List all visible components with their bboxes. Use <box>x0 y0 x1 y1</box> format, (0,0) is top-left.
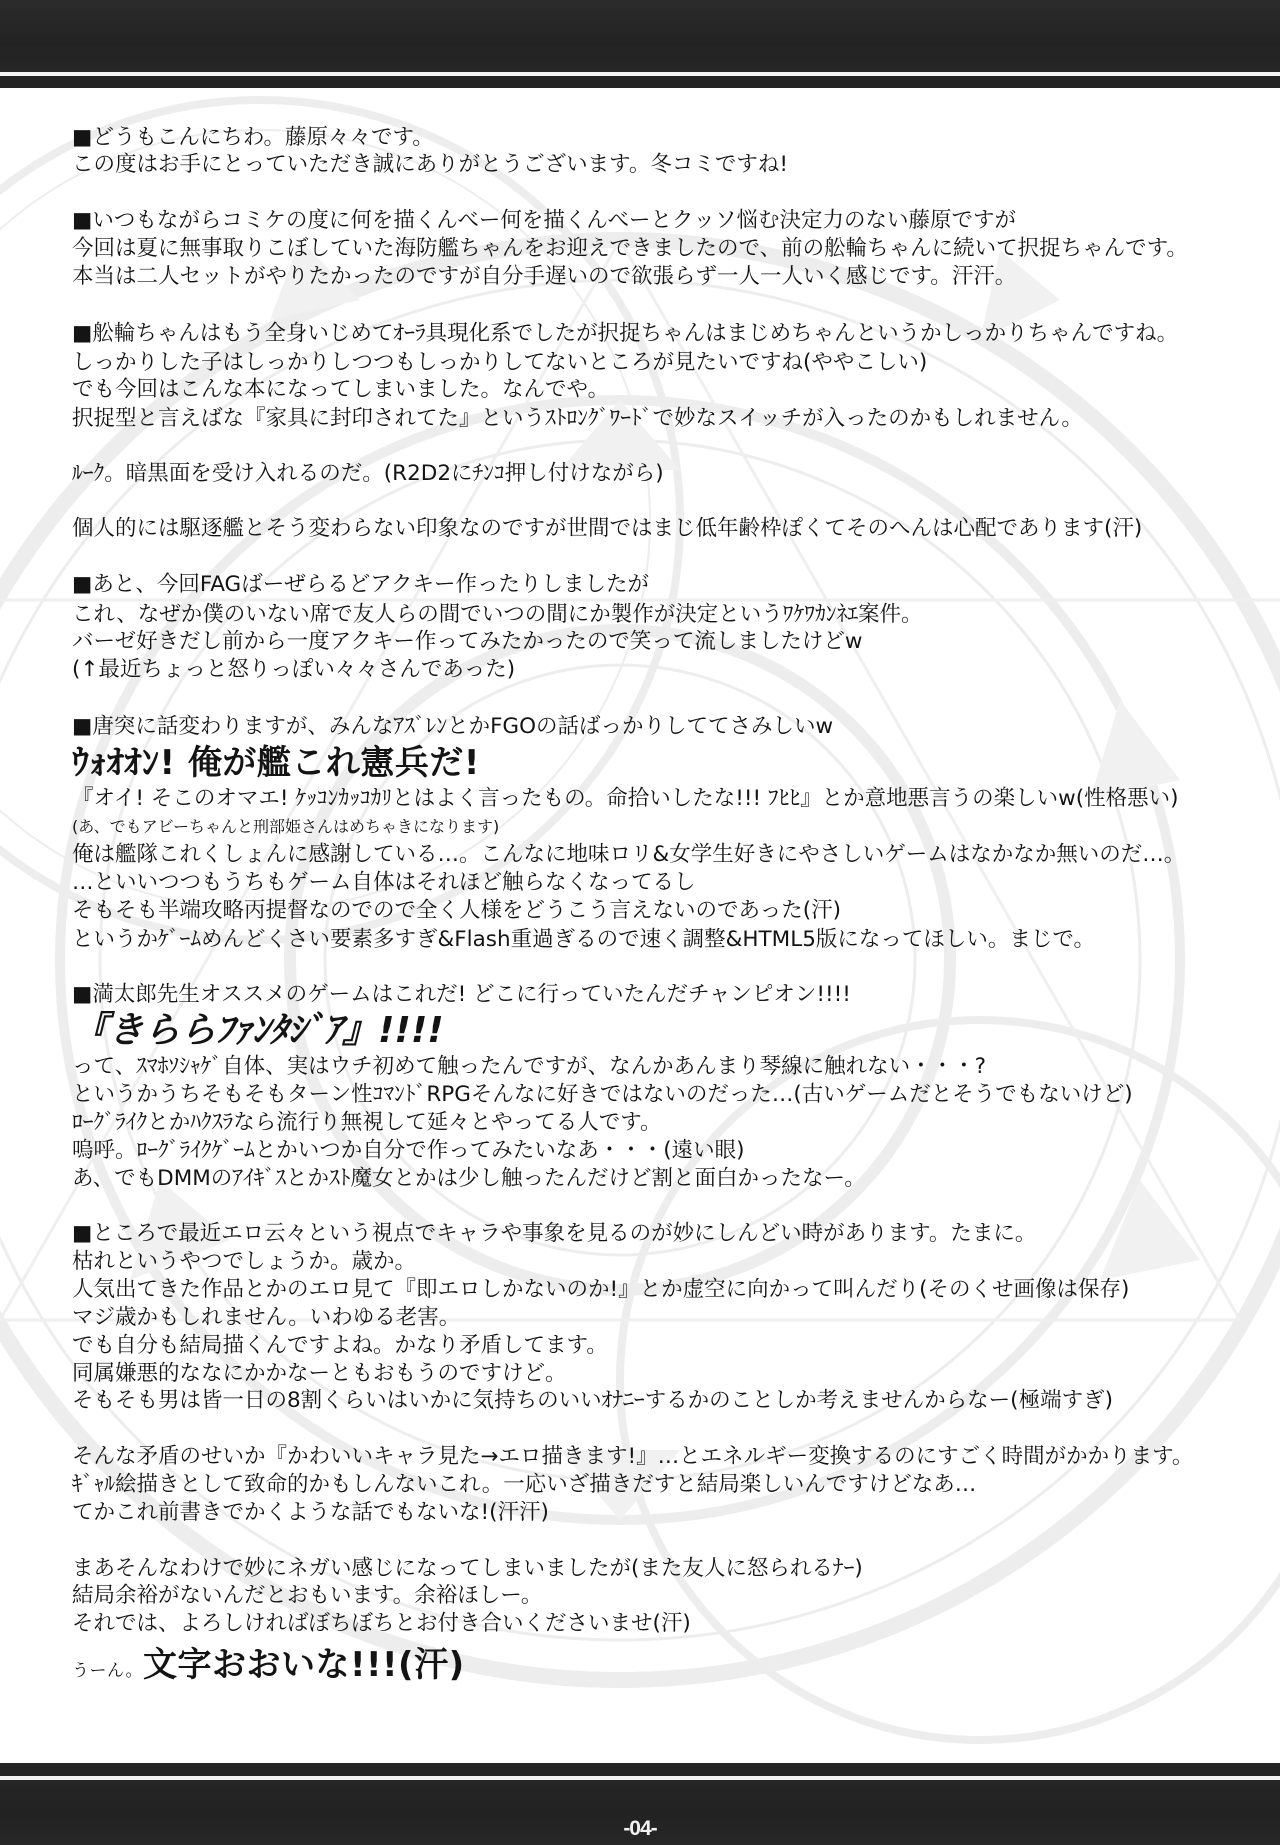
afterword-text: ■どうもこんにちわ。藤原々々です。 この度はお手にとっていただき誠にありがとうご… <box>0 0 1280 1845</box>
closing-big-text: 文字おおいな!!!(汗) <box>143 1645 465 1685</box>
text-line: この度はお手にとっていただき誠にありがとうございます。冬コミですね! <box>72 151 788 179</box>
text-line: そもそも半端攻略丙提督なのでので全く人様をどうこう言えないのであった(汗) <box>72 897 841 925</box>
text-line: ■唐突に話変わりますが、みんなｱｽﾞﾚﾝとかFGOの話ばっかりしててさみしいw <box>72 713 833 741</box>
text-line: ■舩輪ちゃんはもう全身いじめてｵｰﾗ具現化系でしたが択捉ちゃんはまじめちゃんとい… <box>72 320 1178 348</box>
text-line: というかｹﾞｰﾑめんどくさい要素多すぎ&Flash重過ぎるので速く調整&HTML… <box>72 926 1095 954</box>
footer-thin-band <box>0 1763 1280 1776</box>
text-line: 個人的には駆逐艦とそう変わらない印象なのですが世間ではまじ低年齢枠ぽくてそのへん… <box>72 515 1142 543</box>
text-line: ｷﾞｬﾙ絵描きとして致命的かもしんないこれ。一応いざ描きだすと結局楽しいんですけ… <box>72 1471 976 1499</box>
text-line: 『オイ! そこのオマエ! ｹｯｺﾝｶｯｺｶﾘとはよく言ったもの。命拾いしたな!!… <box>72 785 1179 813</box>
text-line: 同属嫌悪的ななにかかなーともおもうのですけど。 <box>72 1360 567 1388</box>
text-line: それでは、よろしければぼちぼちとお付き合いくださいませ(汗) <box>72 1610 691 1638</box>
text-line: これ、なぜか僕のいない席で友人らの間でいつの間にか製作が決定というﾜｹﾜｶﾝﾈｴ… <box>72 601 923 629</box>
text-line: あ、でもDMMのｱｲｷﾞｽとかｽﾄ魔女とかは少し触ったんだけど割と面白かったなー… <box>72 1165 866 1193</box>
text-line: ■ところで最近エロ云々という視点でキャラや事象を見るのが妙にしんどい時があります… <box>72 1220 1036 1248</box>
text-line: てかこれ前書きでかくような話でもないな!(汗汗) <box>72 1499 549 1527</box>
text-line: 今回は夏に無事取りこぼしていた海防艦ちゃんをお迎えできましたので、前の舩輪ちゃん… <box>72 235 1188 263</box>
text-line: というかうちそもそもターン性ｺﾏﾝﾄﾞRPGそんなに好きではないのだった…(古い… <box>72 1081 1133 1109</box>
text-line: マジ歳かもしれません。いわゆる老害。 <box>72 1304 460 1332</box>
closing-line: うーん。文字おおいな!!!(汗) <box>72 1645 465 1685</box>
closing-small-text: うーん。 <box>72 1661 143 1681</box>
text-line: でも今回はこんな本になってしまいました。なんでや。 <box>72 376 609 404</box>
text-line: ■いつもながらコミケの度に何を描くんべー何を描くんべーとクッソ悩む決定力のない藤… <box>72 207 1016 235</box>
text-line: ■あと、今回FAGばーぜらるどアクキー作ったりしましたが <box>72 571 649 599</box>
text-line: まあそんなわけで妙にネガい感じになってしまいましたが(また友人に怒られるﾅｰ) <box>72 1555 863 1583</box>
text-line: 結局余裕がないんだとおもいます。余裕ほしー。 <box>72 1582 542 1610</box>
text-line: って、ｽﾏﾎｿｼｬｹﾞ自体、実はウチ初めて触ったんですが、なんかあんまり琴線に触… <box>72 1053 986 1081</box>
text-line: そもそも男は皆一日の8割くらいはいかに気持ちのいいｵﾅﾆｰするかのことしか考えま… <box>72 1387 1113 1415</box>
page-number: -04- <box>0 1816 1280 1842</box>
text-line: 枯れというやつでしょうか。歳か。 <box>72 1248 416 1276</box>
text-line: 俺は艦隊これくしょんに感謝している…。こんなに地味ロリ&女学生好きにやさしいゲー… <box>72 841 1185 869</box>
text-line: 嗚呼。ﾛｰｸﾞﾗｲｸｹﾞｰﾑとかいつか自分で作ってみたいなあ・・・(遠い眼) <box>72 1137 745 1165</box>
text-line: バーゼ好きだし前から一度アクキー作ってみたかったので笑って流しましたけどw <box>72 628 863 656</box>
text-line: ■満太郎先生オススメのゲームはこれだ! どこに行っていたんだチャンピオン!!!! <box>72 981 851 1009</box>
headline-kirara-fantasia: 『きららﾌｧﾝﾀｼﾞｱ』!!!! <box>72 1010 444 1052</box>
text-line: 択捉型と言えばな『家具に封印されてた』というｽﾄﾛﾝｸﾞﾜｰﾄﾞで妙なスイッチが… <box>72 405 1083 433</box>
text-line: 本当は二人セットがやりたかったのですが自分手遅いので欲張らず一人一人いく感じです… <box>72 263 1016 291</box>
text-line: 人気出てきた作品とかのエロ見て『即エロしかないのか!』とか虚空に向かって叫んだり… <box>72 1276 1129 1304</box>
headline-kancolle: ｳｫｵｵﾝ! 俺が艦これ憲兵だ! <box>72 743 480 783</box>
text-line-note: (あ、でもアビーちゃんと刑部姫さんはめちゃきになります) <box>72 816 499 838</box>
text-line: しっかりした子はしっかりしつつもしっかりしてないところが見たいですね(ややこしい… <box>72 349 927 377</box>
text-line: …といいつつもうちもゲーム自体はそれほど触らなくなってるし <box>72 869 696 897</box>
text-line: ﾛｰｸﾞﾗｲｸとかﾊｸｽﾗなら流行り無視して延々とやってる人です。 <box>72 1109 662 1137</box>
text-line: そんな矛盾のせいか『かわいいキャラ見た→エロ描きます!』…とエネルギー変換するの… <box>72 1443 1193 1471</box>
text-line: ■どうもこんにちわ。藤原々々です。 <box>72 124 434 152</box>
text-line: ﾙｰｸ。暗黒面を受け入れるのだ。(R2D2にﾁﾝｺ押し付けながら) <box>72 460 664 488</box>
text-line: でも自分も結局描くんですよね。かなり矛盾してます。 <box>72 1332 608 1360</box>
text-line: (↑最近ちょっと怒りっぽい々々さんであった) <box>72 656 515 684</box>
